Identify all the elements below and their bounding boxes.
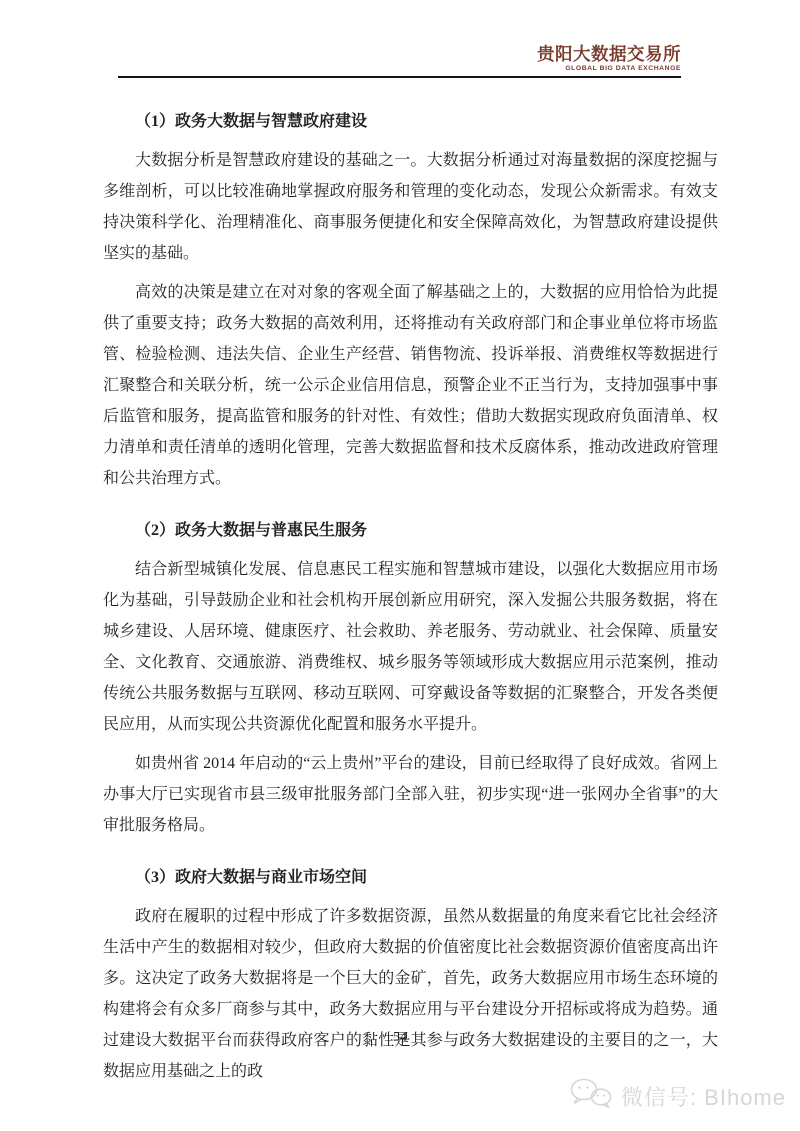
header-logo-block: 贵阳大数据交易所 GLOBAL BIG DATA EXCHANGE — [118, 44, 681, 78]
body-paragraph: 如贵州省 2014 年启动的“云上贵州”平台的建设，目前已经取得了良好成效。省网… — [103, 748, 718, 841]
logo-title: 贵阳大数据交易所 — [118, 44, 681, 64]
section-heading-1: （1）政务大数据与智慧政府建设 — [103, 106, 718, 137]
document-body: （1）政务大数据与智慧政府建设 大数据分析是智慧政府建设的基础之一。大数据分析通… — [103, 88, 718, 1095]
page-number: 54 — [0, 1030, 800, 1046]
body-paragraph: 大数据分析是智慧政府建设的基础之一。大数据分析通过对海量数据的深度挖掘与多维剖析… — [103, 145, 718, 269]
body-paragraph: 结合新型城镇化发展、信息惠民工程实施和智慧城市建设，以强化大数据应用市场化为基础… — [103, 554, 718, 740]
wechat-icon — [569, 1077, 613, 1115]
section-heading-3: （3）政府大数据与商业市场空间 — [103, 862, 718, 893]
watermark-label: 微信号: BIhome — [621, 1081, 786, 1112]
section-heading-2: （2）政务大数据与普惠民生服务 — [103, 515, 718, 546]
document-page: 贵阳大数据交易所 GLOBAL BIG DATA EXCHANGE （1）政务大… — [0, 0, 800, 1131]
body-paragraph: 高效的决策是建立在对对象的客观全面了解基础之上的，大数据的应用恰恰为此提供了重要… — [103, 277, 718, 494]
logo-subtitle: GLOBAL BIG DATA EXCHANGE — [118, 64, 681, 73]
body-paragraph: 政府在履职的过程中形成了许多数据资源，虽然从数据量的角度来看它比社会经济生活中产… — [103, 901, 718, 1087]
wechat-watermark: 微信号: BIhome — [569, 1077, 786, 1115]
